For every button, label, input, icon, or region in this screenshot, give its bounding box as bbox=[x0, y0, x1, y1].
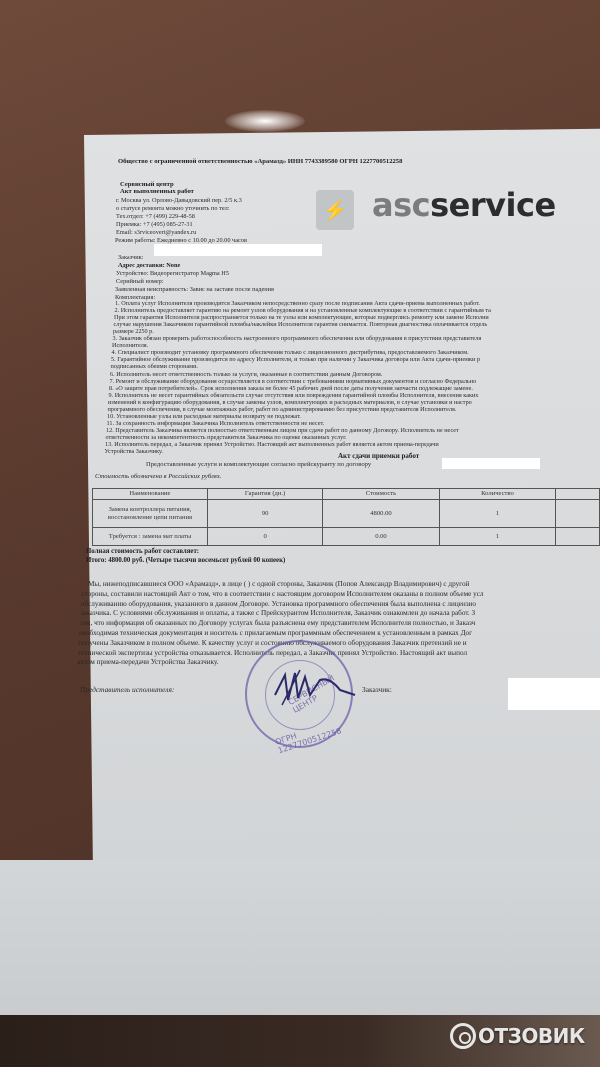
cell-qty: 1 bbox=[439, 500, 556, 528]
delivery-address: Адрес доставки: None bbox=[118, 262, 180, 269]
otzovik-watermark: ОТЗОВИК bbox=[450, 1023, 585, 1049]
term-line: 11. За сохранность информации Заказчика … bbox=[107, 420, 325, 427]
term-line: 9. Исполнитель не несет гарантийных обяз… bbox=[109, 392, 479, 399]
total-label: Полная стоимость работ составляет: bbox=[86, 548, 199, 555]
signature-scribble bbox=[270, 665, 360, 715]
service-center-label: Сервисный центр bbox=[120, 181, 174, 188]
executor-label: Представитель исполнителя: bbox=[80, 685, 174, 694]
term-line: При этом гарантия Исполнителя распростра… bbox=[114, 314, 489, 321]
cell-extra bbox=[556, 500, 600, 528]
reception-phone: Приемка: +7 (495) 085-27-31 bbox=[116, 221, 193, 228]
cell-warranty: 90 bbox=[207, 500, 322, 528]
table-header-row: Наименование Гарантия (дн.) Стоимость Ко… bbox=[93, 489, 600, 500]
term-line: случае нарушения Заказчиком гарантийной … bbox=[114, 321, 488, 328]
acceptance-intro: Предоставленные услуги и комплектующие с… bbox=[146, 461, 371, 468]
col-cost: Стоимость bbox=[323, 489, 439, 500]
cell-qty: 1 bbox=[439, 528, 556, 546]
redacted-customer bbox=[154, 244, 322, 256]
total-value: Итого: 4800.00 руб. (Четыре тысячи восем… bbox=[86, 557, 285, 564]
otzovik-logo-icon bbox=[450, 1023, 476, 1049]
term-line: 10. Установленные узлы или расходные мат… bbox=[107, 413, 301, 420]
act-title: Акт выполненных работ bbox=[120, 188, 194, 195]
term-line: Устройства Заказчику. bbox=[105, 448, 163, 455]
currency-note: Стоимость обозначена в Российских рублях… bbox=[95, 473, 221, 480]
term-line: 3. Заказчик обязан проверить работоспосо… bbox=[113, 335, 482, 342]
term-line: изменений в конфигурацию оборудования, в… bbox=[108, 399, 472, 406]
term-line: 7. Ремонт и обслуживание оборудования ос… bbox=[110, 378, 477, 385]
company-line: Общество с ограниченной ответственностью… bbox=[118, 158, 402, 165]
status-note: о статусе ремонта можно уточнить по тел: bbox=[116, 205, 230, 212]
table-row: Замена контроллера питания, восстановлен… bbox=[93, 500, 600, 528]
email: Email: s3rviceovert@yandex.ru bbox=[116, 229, 196, 236]
term-line: 4. Специалист производит установку прогр… bbox=[112, 349, 469, 356]
statement-line: заказчика. С условиями обслуживания и оп… bbox=[80, 609, 475, 617]
serial-number: Серийный номер: bbox=[116, 278, 164, 285]
working-hours: Режим работы: Ежедневно с 10.00 до 20.00… bbox=[115, 237, 247, 244]
table-row: Требуется : замена мат платы 0 0.00 1 bbox=[93, 528, 600, 546]
lightning-bolt-icon: ⚡ bbox=[316, 190, 354, 230]
term-line: 8. «О защите прав потребителей». Срок ис… bbox=[109, 385, 473, 392]
watermark-text: ОТЗОВИК bbox=[478, 1024, 585, 1048]
term-line: программного обеспечения, в случае монта… bbox=[108, 406, 457, 413]
services-table: Наименование Гарантия (дн.) Стоимость Ко… bbox=[92, 488, 600, 546]
cell-extra bbox=[556, 528, 600, 546]
redacted-customer-signature bbox=[508, 678, 600, 710]
term-line: подписанных обеими сторонами. bbox=[111, 363, 198, 370]
tech-phone: Тех.отдел: +7 (499) 229-48-58 bbox=[116, 213, 195, 220]
customer-label: Заказчик: bbox=[118, 254, 143, 261]
paper-lower-part bbox=[0, 860, 600, 1018]
term-line: 6. Исполнитель несет ответственность тол… bbox=[110, 371, 382, 378]
customer-signature-label: Заказчик: bbox=[362, 685, 392, 694]
address: г. Москва ул. Орлово-Давыдовский пер. 2/… bbox=[116, 197, 242, 204]
statement-line: стороны, составили настоящий Акт о том, … bbox=[81, 590, 483, 598]
cell-cost: 0.00 bbox=[323, 528, 439, 546]
term-line: 2. Исполнитель предоставляет гарантию на… bbox=[115, 307, 491, 314]
redacted-contract bbox=[442, 458, 540, 469]
statement-line: необходимая техническая документация и н… bbox=[79, 629, 472, 637]
acceptance-title: Акт сдачи приемки работ bbox=[338, 452, 419, 460]
term-line: 5. Гарантийное обслуживание производится… bbox=[111, 356, 480, 363]
ascservice-logo: ascservice bbox=[372, 186, 556, 224]
col-qty: Количество bbox=[439, 489, 556, 500]
light-glare bbox=[225, 110, 305, 132]
term-line: Исполнителя. bbox=[112, 342, 148, 349]
col-extra bbox=[556, 489, 600, 500]
term-line: размере 2250 р. bbox=[113, 328, 154, 335]
col-warranty: Гарантия (дн.) bbox=[207, 489, 322, 500]
statement-line: актом приема-передачи Устройства Заказчи… bbox=[77, 658, 218, 666]
cell-cost: 4800.00 bbox=[323, 500, 439, 528]
logo-part-asc: asc bbox=[372, 186, 430, 224]
term-line: 1. Оплата услуг Исполнителя производится… bbox=[115, 300, 480, 307]
cell-warranty: 0 bbox=[207, 528, 322, 546]
statement-line: тем, что информация об оказанных по Дого… bbox=[80, 619, 476, 627]
declared-fault: Заявленная неисправность: Завис на заста… bbox=[115, 286, 274, 293]
cell-name: Требуется : замена мат платы bbox=[93, 528, 208, 546]
term-line: ответственности за некомпетентность пред… bbox=[106, 434, 347, 441]
logo-part-service: service bbox=[430, 186, 556, 224]
term-line: 13. Исполнитель передал, а Заказчик прин… bbox=[105, 441, 439, 448]
cell-name: Замена контроллера питания, восстановлен… bbox=[93, 500, 208, 528]
term-line: 12. Представитель Заказчика является пол… bbox=[106, 427, 459, 434]
device: Устройство: Видеорегистратор Magma H5 bbox=[116, 270, 229, 277]
statement-line: обслуживанию оборудования, указанного в … bbox=[81, 600, 476, 608]
col-name: Наименование bbox=[93, 489, 208, 500]
statement-line: Мы, нижеподписавшиеся ООО «Арамазд», в л… bbox=[88, 580, 469, 588]
